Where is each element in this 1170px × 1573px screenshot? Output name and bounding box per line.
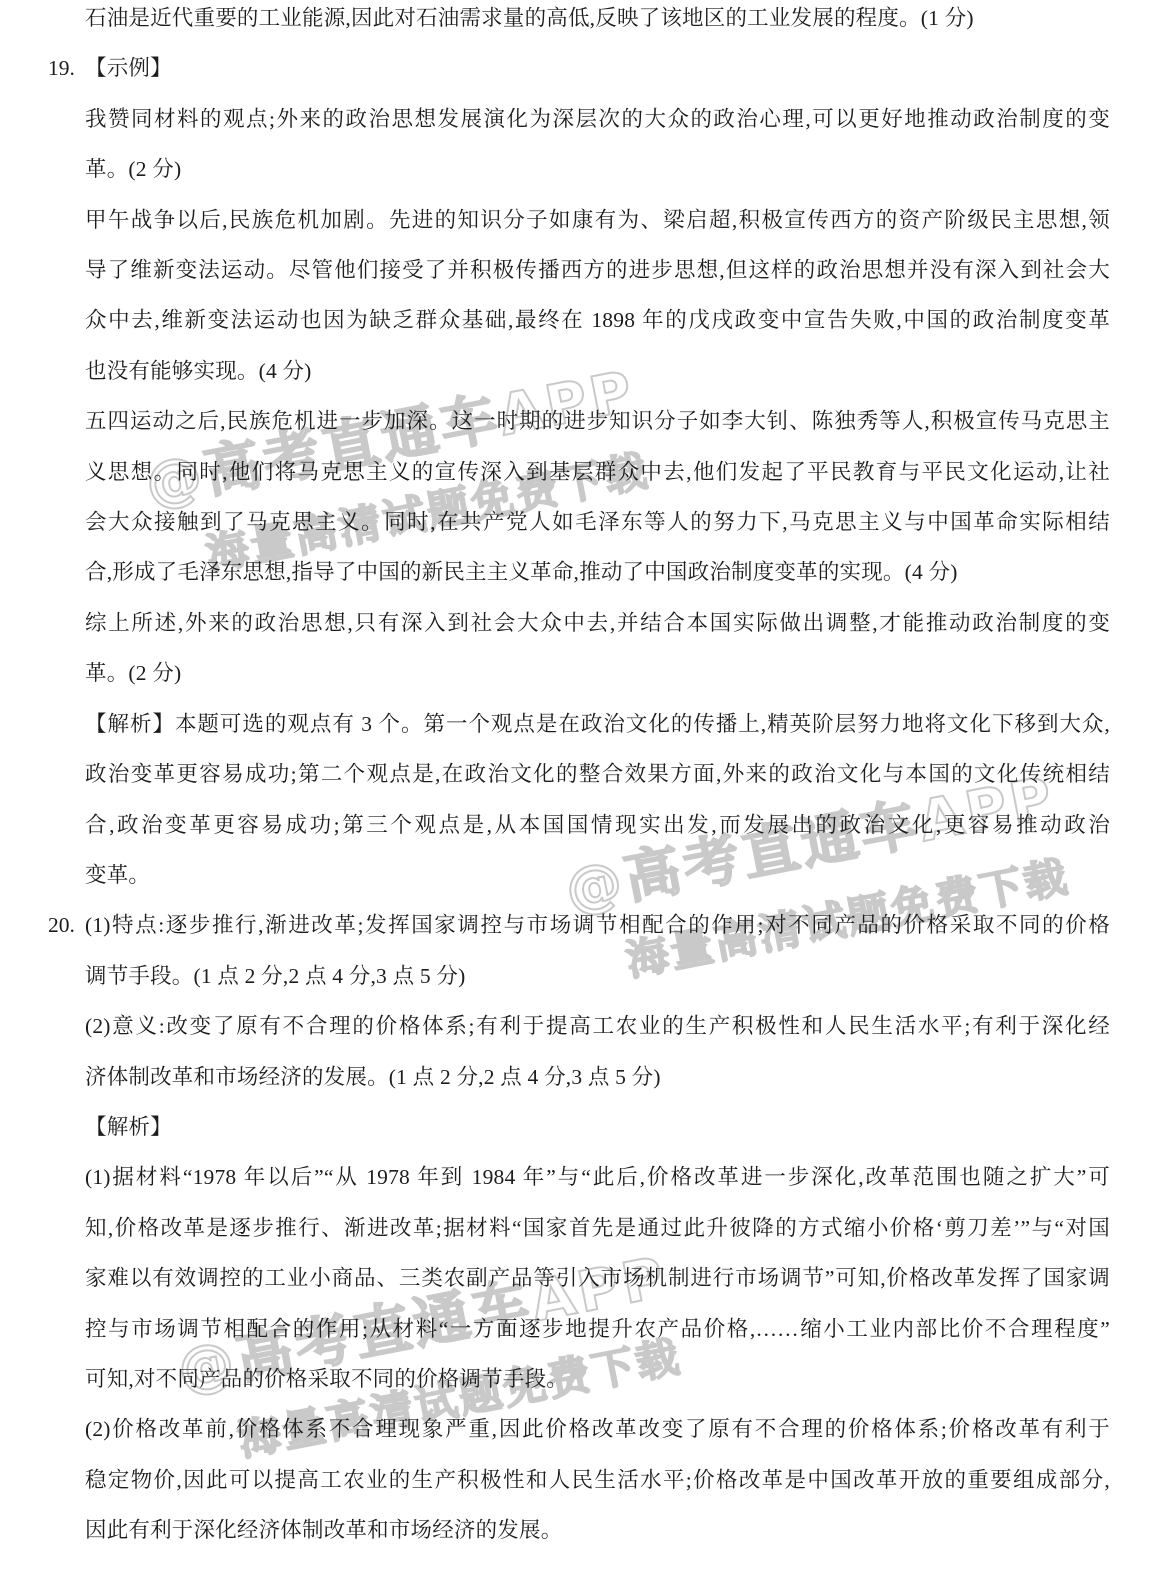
text-line: (2)意义:改变了原有不合理的价格体系;有利于提高工农业的生产积极性和人民生活水… [85, 1001, 1110, 1051]
text-line: 甲午战争以后,民族危机加剧。先进的知识分子如康有为、梁启超,积极宣传西方的资产阶… [85, 195, 1110, 245]
text-line: 【解析】本题可选的观点有 3 个。第一个观点是在政治文化的传播上,精英阶层努力地… [85, 699, 1110, 749]
text-line: 因此有利于深化经济体制改革和市场经济的发展。 [85, 1505, 1110, 1555]
text-line: 革。(2 分) [85, 144, 1110, 194]
text-line: 控与市场调节相配合的作用;从材料“一方面逐步地提升农产品价格,……缩小工业内部比… [85, 1304, 1110, 1354]
text-line: 导了维新变法运动。尽管他们接受了并积极传播西方的进步思想,但这样的政治思想并没有… [85, 245, 1110, 295]
text-line: (1)据材料“1978 年以后”“从 1978 年到 1984 年”与“此后,价… [85, 1152, 1110, 1202]
answer-sheet-page: 石油是近代重要的工业能源,因此对石油需求量的高低,反映了该地区的工业发展的程度。… [0, 0, 1170, 1556]
text-line: 知,价格改革是逐步推行、渐进改革;据材料“国家首先是通过此升彼降的方式缩小价格‘… [85, 1203, 1110, 1253]
text-line: 会大众接触到了马克思主义。同时,在共产党人如毛泽东等人的努力下,马克思主义与中国… [85, 497, 1110, 547]
text-line: 也没有能够实现。(4 分) [85, 346, 1110, 396]
text-line: 调节手段。(1 点 2 分,2 点 4 分,3 点 5 分) [85, 951, 1110, 1001]
text-line: 济体制改革和市场经济的发展。(1 点 2 分,2 点 4 分,3 点 5 分) [85, 1052, 1110, 1102]
question-number: 19. [48, 43, 75, 93]
text-line: 合,政治变革更容易成功;第三个观点是,从本国国情现实出发,而发展出的政治文化,更… [85, 800, 1110, 850]
text-line: 家难以有效调控的工业小商品、三类农副产品等引入市场机制进行市场调节”可知,价格改… [85, 1253, 1110, 1303]
text-line: 石油是近代重要的工业能源,因此对石油需求量的高低,反映了该地区的工业发展的程度。… [85, 0, 1110, 43]
text-line: 众中去,维新变法运动也因为缺乏群众基础,最终在 1898 年的戊戌政变中宣告失败… [85, 295, 1110, 345]
text-line: 19.【示例】 [85, 43, 1110, 93]
text-line: 五四运动之后,民族危机进一步加深。这一时期的进步知识分子如李大钊、陈独秀等人,积… [85, 396, 1110, 446]
text-line: 我赞同材料的观点;外来的政治思想发展演化为深层次的大众的政治心理,可以更好地推动… [85, 94, 1110, 144]
text-line: 义思想。同时,他们将马克思主义的宣传深入到基层群众中去,他们发起了平民教育与平民… [85, 447, 1110, 497]
text-line: 【解析】 [85, 1102, 1110, 1152]
answer-text-block: 石油是近代重要的工业能源,因此对石油需求量的高低,反映了该地区的工业发展的程度。… [0, 0, 1170, 1556]
text-line: 政治变革更容易成功;第二个观点是,在政治文化的整合效果方面,外来的政治文化与本国… [85, 749, 1110, 799]
text-line: 综上所述,外来的政治思想,只有深入到社会大众中去,并结合本国实际做出调整,才能推… [85, 598, 1110, 648]
text-line: 合,形成了毛泽东思想,指导了中国的新民主主义革命,推动了中国政治制度变革的实现。… [85, 547, 1110, 597]
question-number: 20. [48, 900, 75, 950]
text-line: 变革。 [85, 850, 1110, 900]
text-line: 20.(1)特点:逐步推行,渐进改革;发挥国家调控与市场调节相配合的作用;对不同… [85, 900, 1110, 950]
text-line: 革。(2 分) [85, 648, 1110, 698]
text-line: 可知,对不同产品的价格采取不同的价格调节手段。 [85, 1354, 1110, 1404]
text-line: 稳定物价,因此可以提高工农业的生产积极性和人民生活水平;价格改革是中国改革开放的… [85, 1455, 1110, 1505]
text-line: (2)价格改革前,价格体系不合理现象严重,因此价格改革改变了原有不合理的价格体系… [85, 1404, 1110, 1454]
scanned-answer-sheet: { "page": { "background": "#ffffff", "te… [0, 0, 1170, 1573]
